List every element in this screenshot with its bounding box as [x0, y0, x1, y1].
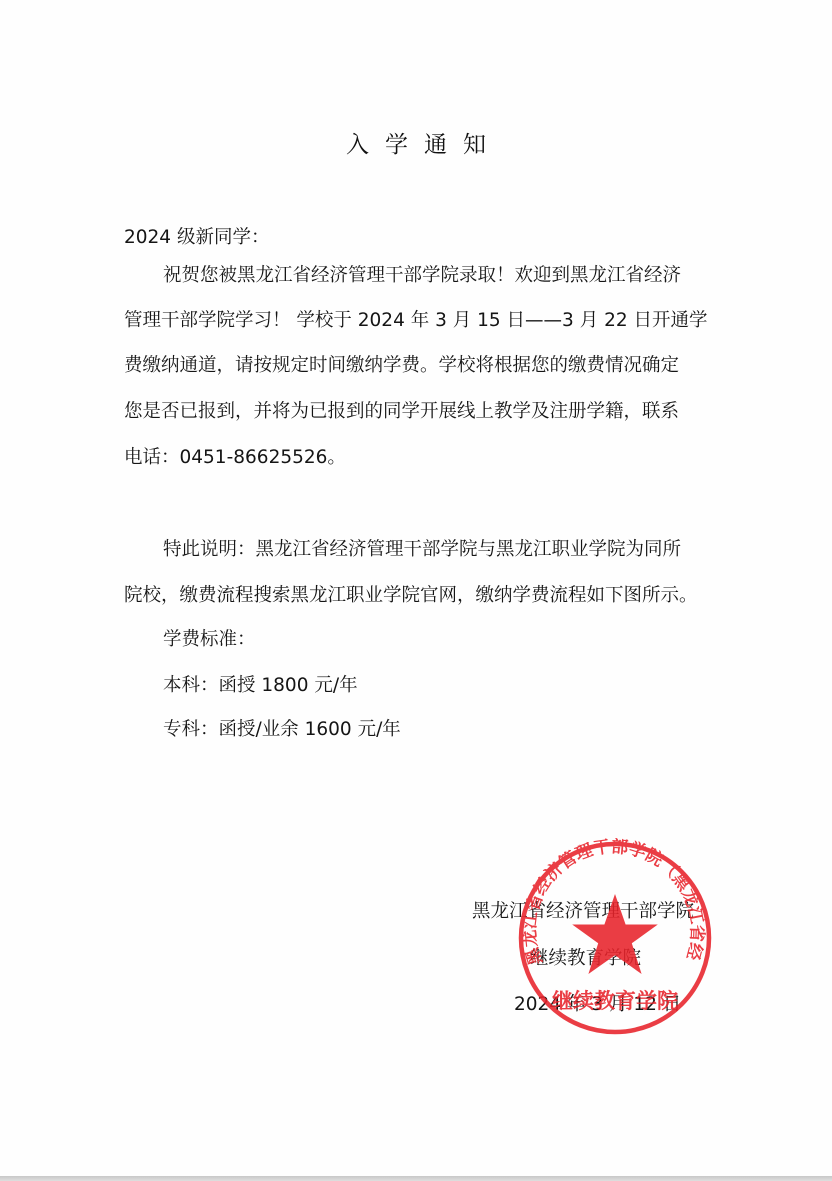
fee-junior-college: 专科：函授/业余 1600 元/年 — [163, 718, 401, 742]
paragraph1-line-4: 您是否已报到，并将为已报到的同学开展线上教学及注册学籍，联系 — [124, 400, 679, 424]
paragraph1-line-5: 电话：0451-86625526。 — [124, 446, 346, 470]
paragraph1-line-2: 管理干部学院学习！ 学校于 2024 年 3 月 15 日——3 月 22 日开… — [124, 309, 708, 333]
page-bottom-edge — [0, 1176, 832, 1181]
paragraph1-line-3: 费缴纳通道，请按规定时间缴纳学费。学校将根据您的缴费情况确定 — [124, 354, 679, 378]
paragraph2-line-2: 院校，缴费流程搜索黑龙江职业学院官网，缴纳学费流程如下图所示。 — [124, 584, 698, 608]
seal-center-text: 继续教育学院 — [552, 989, 678, 1013]
document-title: 入学通知 — [0, 126, 832, 159]
fee-undergraduate: 本科：函授 1800 元/年 — [163, 674, 358, 698]
paragraph2-line-1: 特此说明：黑龙江省经济管理干部学院与黑龙江职业学院为同所 — [163, 538, 681, 562]
fee-standard-heading: 学费标准： — [163, 628, 256, 652]
paragraph1-line-1: 祝贺您被黑龙江省经济管理干部学院录取！欢迎到黑龙江省经济 — [163, 264, 681, 288]
star-icon — [572, 894, 658, 974]
official-seal-stamp: 黑龙江省经济管理干部学院（黑龙江省经济管理干部学院） 继续教育学院 — [515, 838, 715, 1038]
document-page: 入学通知 2024 级新同学： 祝贺您被黑龙江省经济管理干部学院录取！欢迎到黑龙… — [0, 0, 832, 1176]
salutation: 2024 级新同学： — [124, 226, 269, 250]
